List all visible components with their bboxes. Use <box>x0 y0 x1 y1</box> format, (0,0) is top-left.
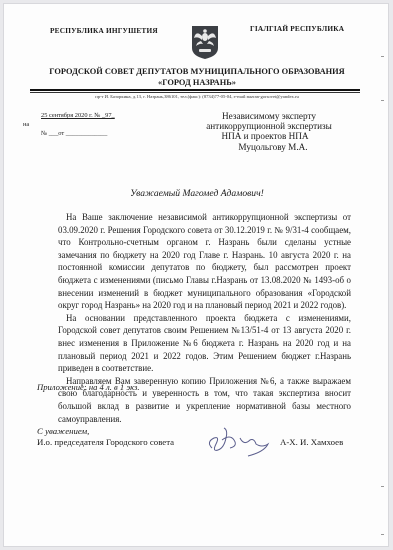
scan-edge-mark <box>381 534 384 535</box>
scan-edge-mark <box>381 56 384 57</box>
header-right-republic: ГIАЛГIАЙ РЕСПУБЛИКА <box>250 24 344 33</box>
coat-of-arms-emblem-icon <box>190 24 220 60</box>
addressee-block: Независимому эксперту антикоррупционной … <box>194 111 344 152</box>
signer-name: А-Х. И. Хамхоев <box>280 437 343 448</box>
header-divider <box>30 89 360 91</box>
council-title-city: «ГОРОД НАЗРАНЬ» <box>4 78 390 87</box>
attachment-note: Приложение: на 4 л. в 1 экз. <box>37 382 140 392</box>
letter-page: РЕСПУБЛИКА ИНГУШЕТИЯ ГIАЛГIАЙ РЕСПУБЛИКА… <box>3 3 389 547</box>
addressee-line: НПА и проектов НПА <box>186 131 344 141</box>
council-title: ГОРОДСКОЙ СОВЕТ ДЕПУТАТОВ МУНИЦИПАЛЬНОГО… <box>4 67 390 76</box>
closing: С уважением, <box>37 426 89 436</box>
salutation: Уважаемый Магомед Адамович! <box>4 188 390 199</box>
header-divider-thin <box>30 92 360 93</box>
scan-edge-mark <box>381 100 384 101</box>
letter-body: На Ваше заключение независимой антикорру… <box>58 211 351 425</box>
addressee-line: Муцольгову М.А. <box>202 142 344 152</box>
body-paragraph: На основании представленного проекта бюд… <box>58 312 351 375</box>
scan-edge-mark <box>381 486 384 487</box>
addressee-line: антикоррупционной экспертизы <box>194 121 344 131</box>
council-address: пр-т И. Базоркина, д.13, г. Назрань,3861… <box>4 94 390 99</box>
outgoing-date-number: 25 сентября 2020 г. № _97_ <box>41 112 115 119</box>
signature-block: С уважением, И.о. председателя Городског… <box>37 426 174 448</box>
handwritten-signature-icon <box>204 424 276 458</box>
header-left-republic: РЕСПУБЛИКА ИНГУШЕТИЯ <box>50 26 158 35</box>
on-label: на <box>23 121 29 128</box>
signer-position: И.о. председателя Городского совета <box>37 437 174 448</box>
incoming-reference: № ___от _____________ <box>41 130 107 137</box>
body-paragraph: На Ваше заключение независимой антикорру… <box>58 211 351 312</box>
addressee-line: Независимому эксперту <box>194 111 344 121</box>
